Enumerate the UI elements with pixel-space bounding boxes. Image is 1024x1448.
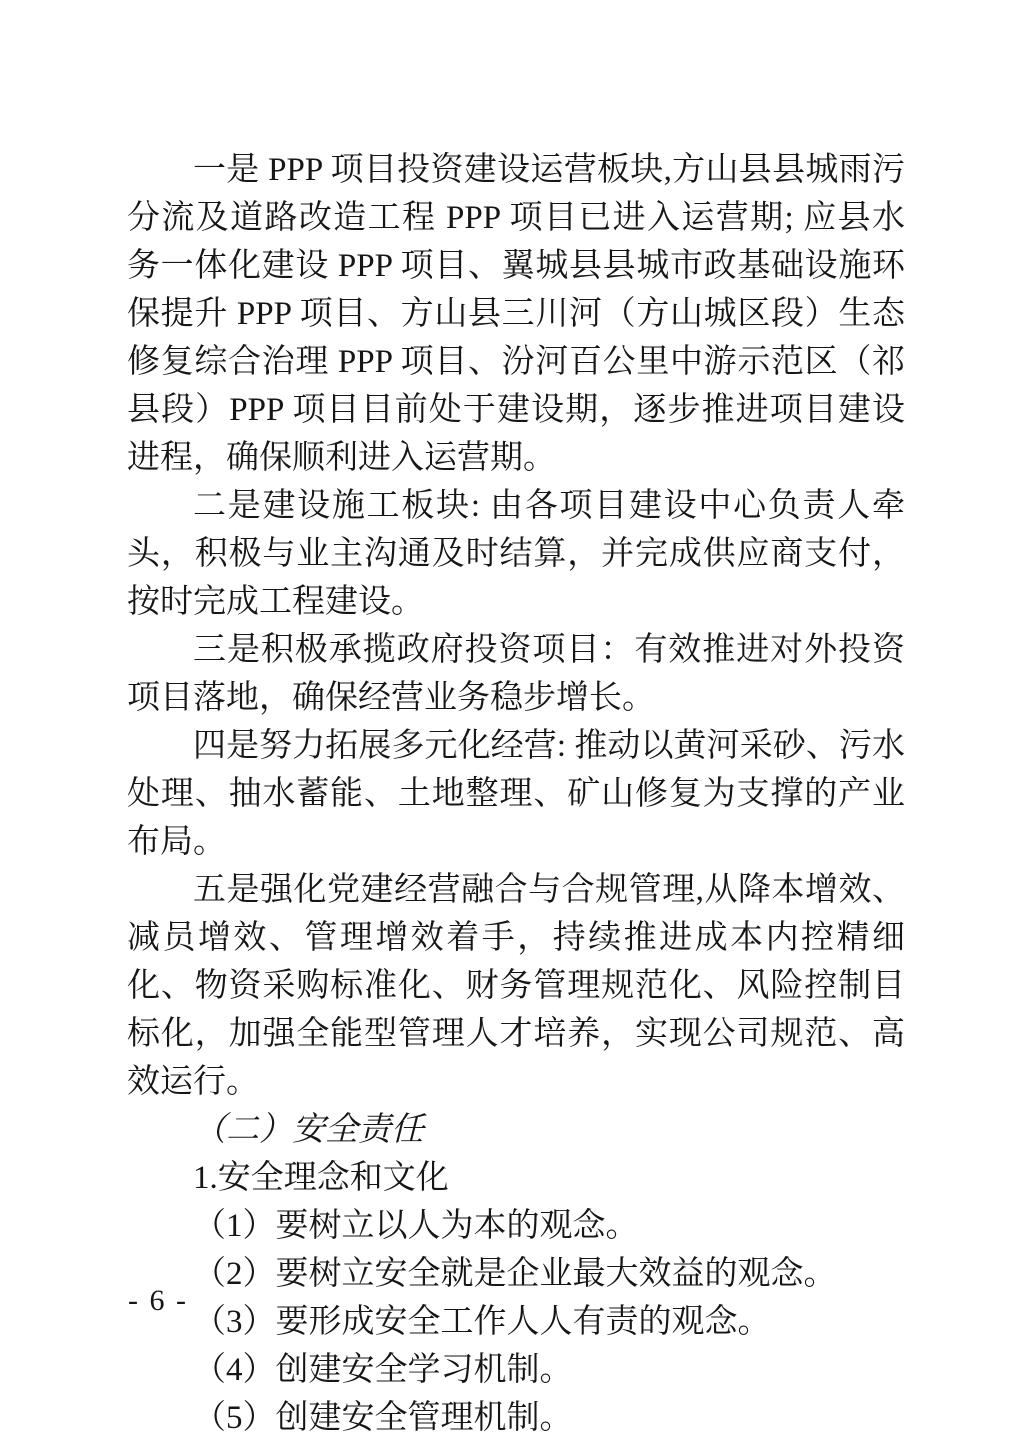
section-heading-safety-responsibility: （二）安全责任: [127, 1106, 905, 1154]
paragraph-construction-block: 二是建设施工板块: 由各项目建设中心负责人牵头，积极与业主沟通及时结算，并完成供…: [127, 482, 905, 626]
subheading-safety-concept-culture: 1.安全理念和文化: [127, 1154, 905, 1202]
list-item-5: （5）创建安全管理机制。: [127, 1394, 905, 1442]
paragraph-government-projects: 三是积极承揽政府投资项目：有效推进对外投资项目落地，确保经营业务稳步增长。: [127, 626, 905, 722]
document-page: 一是 PPP 项目投资建设运营板块,方山县县城雨污分流及道路改造工程 PPP 项…: [0, 0, 1024, 1448]
document-body: 一是 PPP 项目投资建设运营板块,方山县县城雨污分流及道路改造工程 PPP 项…: [127, 146, 905, 1442]
paragraph-ppp-investment-block: 一是 PPP 项目投资建设运营板块,方山县县城雨污分流及道路改造工程 PPP 项…: [127, 146, 905, 482]
list-item-3: （3）要形成安全工作人人有责的观念。: [127, 1298, 905, 1346]
paragraph-diversified-operation: 四是努力拓展多元化经营: 推动以黄河采砂、污水处理、抽水蓄能、土地整理、矿山修复…: [127, 722, 905, 866]
page-number: - 6 -: [128, 1284, 188, 1318]
list-item-1: （1）要树立以人为本的观念。: [127, 1202, 905, 1250]
paragraph-party-building-compliance: 五是强化党建经营融合与合规管理,从降本增效、减员增效、管理增效着手，持续推进成本…: [127, 866, 905, 1106]
list-item-2: （2）要树立安全就是企业最大效益的观念。: [127, 1250, 905, 1298]
list-item-4: （4）创建安全学习机制。: [127, 1346, 905, 1394]
